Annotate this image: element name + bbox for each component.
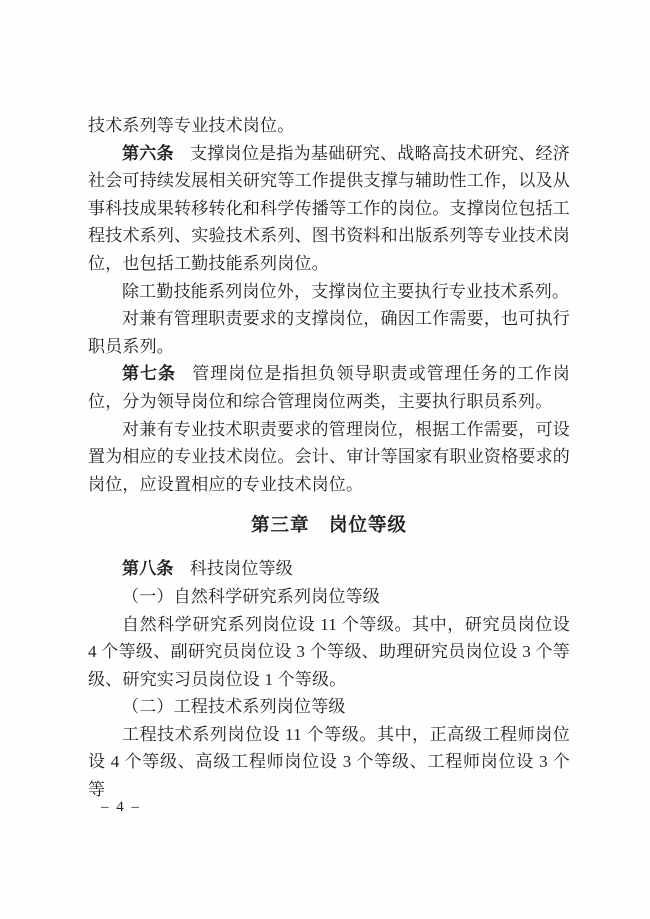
article-number: 第六条	[122, 144, 174, 163]
document-page: 技术系列等专业技术岗位。 第六条支撑岗位是指为基础研究、战略高技术研究、经济社会…	[0, 0, 650, 919]
article-number: 第八条	[122, 559, 174, 578]
paragraph-article-6: 第六条支撑岗位是指为基础研究、战略高技术研究、经济社会可持续发展相关研究等工作提…	[88, 140, 570, 278]
paragraph: 除工勤技能系列岗位外，支撑岗位主要执行专业技术系列。	[88, 278, 570, 306]
paragraph: 对兼有专业技术职责要求的管理岗位，根据工作需要，可设置为相应的专业技术岗位。会计…	[88, 416, 570, 499]
paragraph: 自然科学研究系列岗位设 11 个等级。其中，研究员岗位设 4 个等级、副研究员岗…	[88, 611, 570, 694]
page-number: – 4 –	[101, 799, 141, 816]
paragraph-text: 支撑岗位是指为基础研究、战略高技术研究、经济社会可持续发展相关研究等工作提供支撑…	[88, 144, 570, 273]
page-content: 技术系列等专业技术岗位。 第六条支撑岗位是指为基础研究、战略高技术研究、经济社会…	[88, 112, 570, 804]
paragraph: 对兼有管理职责要求的支撑岗位，确因工作需要，也可执行职员系列。	[88, 305, 570, 360]
paragraph-item-2: （二）工程技术系列岗位等级	[88, 693, 570, 721]
paragraph: 工程技术系列岗位设 11 个等级。其中，正高级工程师岗位设 4 个等级、高级工程…	[88, 721, 570, 804]
chapter-heading: 第三章 岗位等级	[88, 511, 570, 539]
paragraph-article-8: 第八条科技岗位等级	[88, 555, 570, 583]
paragraph-item-1: （一）自然科学研究系列岗位等级	[88, 583, 570, 611]
paragraph-text: 科技岗位等级	[190, 559, 293, 578]
paragraph-continuation: 技术系列等专业技术岗位。	[88, 112, 570, 140]
article-number: 第七条	[122, 364, 176, 383]
paragraph-article-7: 第七条管理岗位是指担负领导职责或管理任务的工作岗位，分为领导岗位和综合管理岗位两…	[88, 360, 570, 415]
